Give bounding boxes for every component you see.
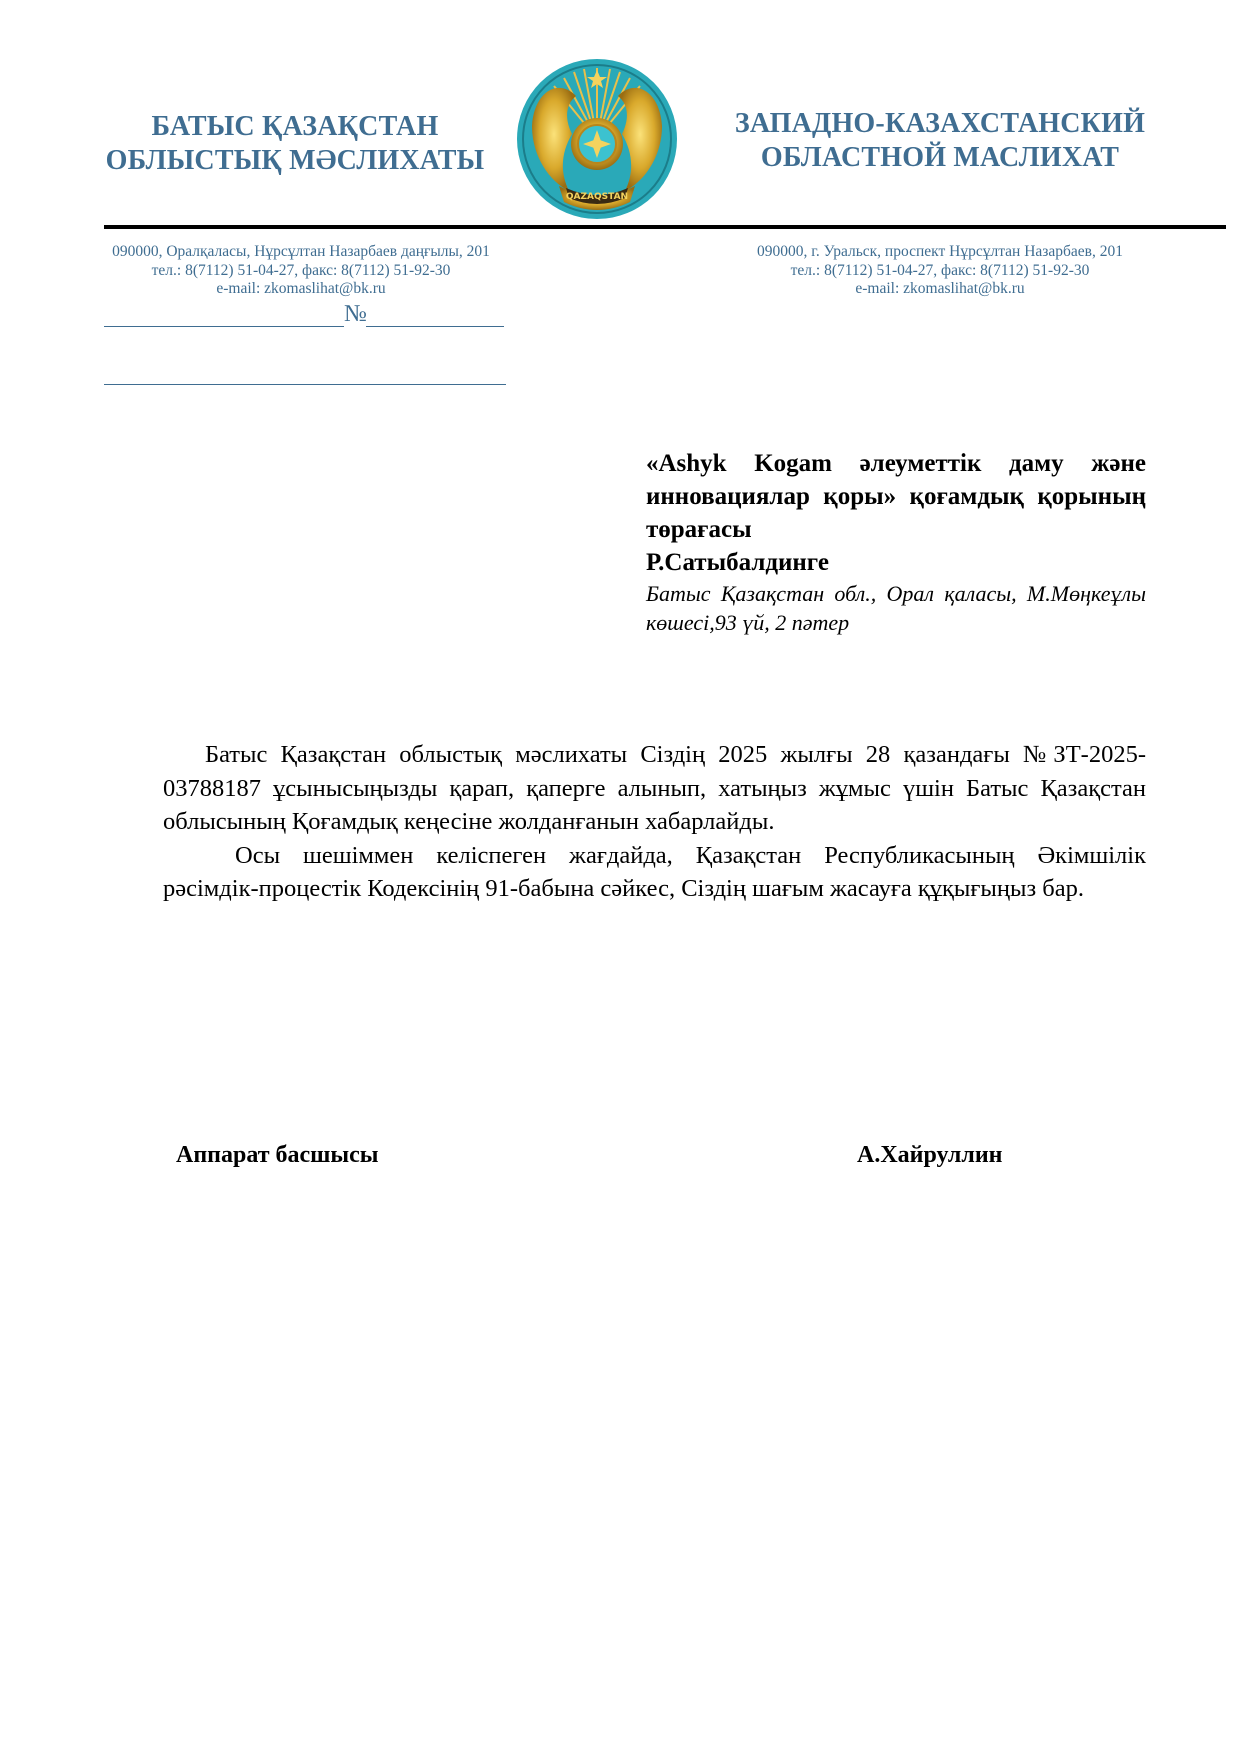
registration-number-sign: № xyxy=(344,300,367,328)
org-name-russian-line-1: ЗАПАДНО-КАЗАХСТАНСКИЙ xyxy=(715,107,1165,141)
org-name-kazakh-line-1: БАТЫС ҚАЗАҚСТАН xyxy=(95,110,495,144)
body-paragraph: Батыс Қазақстан облыстық мәслихаты Сізді… xyxy=(163,738,1146,839)
letter-body: Батыс Қазақстан облыстық мәслихаты Сізді… xyxy=(163,738,1146,906)
header-divider xyxy=(104,225,1226,229)
org-name-russian-line-2: ОБЛАСТНОЙ МАСЛИХАТ xyxy=(715,141,1165,175)
contact-block-kazakh: 090000, Оралқаласы, Нұрсұлтан Назарбаев … xyxy=(96,243,506,299)
contact-block-russian: 090000, г. Уральск, проспект Нұрсұлтан Н… xyxy=(730,243,1150,299)
address-russian: 090000, г. Уральск, проспект Нұрсұлтан Н… xyxy=(730,243,1150,262)
signatory-title: Аппарат басшысы xyxy=(176,1140,379,1170)
org-name-russian: ЗАПАДНО-КАЗАХСТАНСКИЙ ОБЛАСТНОЙ МАСЛИХАТ xyxy=(715,107,1165,175)
signatory-name: А.Хайруллин xyxy=(857,1140,1003,1170)
reference-line xyxy=(104,384,506,385)
addressee-name: Р.Сатыбалдинге xyxy=(646,546,1146,579)
registration-date-line xyxy=(104,326,344,327)
svg-text:QAZAQSTAN: QAZAQSTAN xyxy=(566,192,628,202)
addressee-block: «Ashyk Kogam әлеуметтік даму және иннова… xyxy=(646,447,1146,637)
org-name-kazakh-line-2: ОБЛЫСТЫҚ МӘСЛИХАТЫ xyxy=(95,144,495,178)
body-paragraph: Осы шешіммен келіспеген жағдайда, Қазақс… xyxy=(163,839,1146,906)
registration-number-line xyxy=(366,326,504,327)
phone-russian: тел.: 8(7112) 51-04-27, факс: 8(7112) 51… xyxy=(730,262,1150,281)
phone-kazakh: тел.: 8(7112) 51-04-27, факс: 8(7112) 51… xyxy=(96,262,506,281)
email-kazakh: e-mail: zkomaslihat@bk.ru xyxy=(96,280,506,299)
address-kazakh: 090000, Оралқаласы, Нұрсұлтан Назарбаев … xyxy=(96,243,506,262)
org-name-kazakh: БАТЫС ҚАЗАҚСТАН ОБЛЫСТЫҚ МӘСЛИХАТЫ xyxy=(95,110,495,178)
email-russian: e-mail: zkomaslihat@bk.ru xyxy=(730,280,1150,299)
addressee-address: Батыс Қазақстан обл., Орал қаласы, М.Мөң… xyxy=(646,579,1146,637)
addressee-organization: «Ashyk Kogam әлеуметтік даму және иннова… xyxy=(646,447,1146,546)
kazakhstan-state-emblem-icon: QAZAQSTAN xyxy=(514,56,680,222)
